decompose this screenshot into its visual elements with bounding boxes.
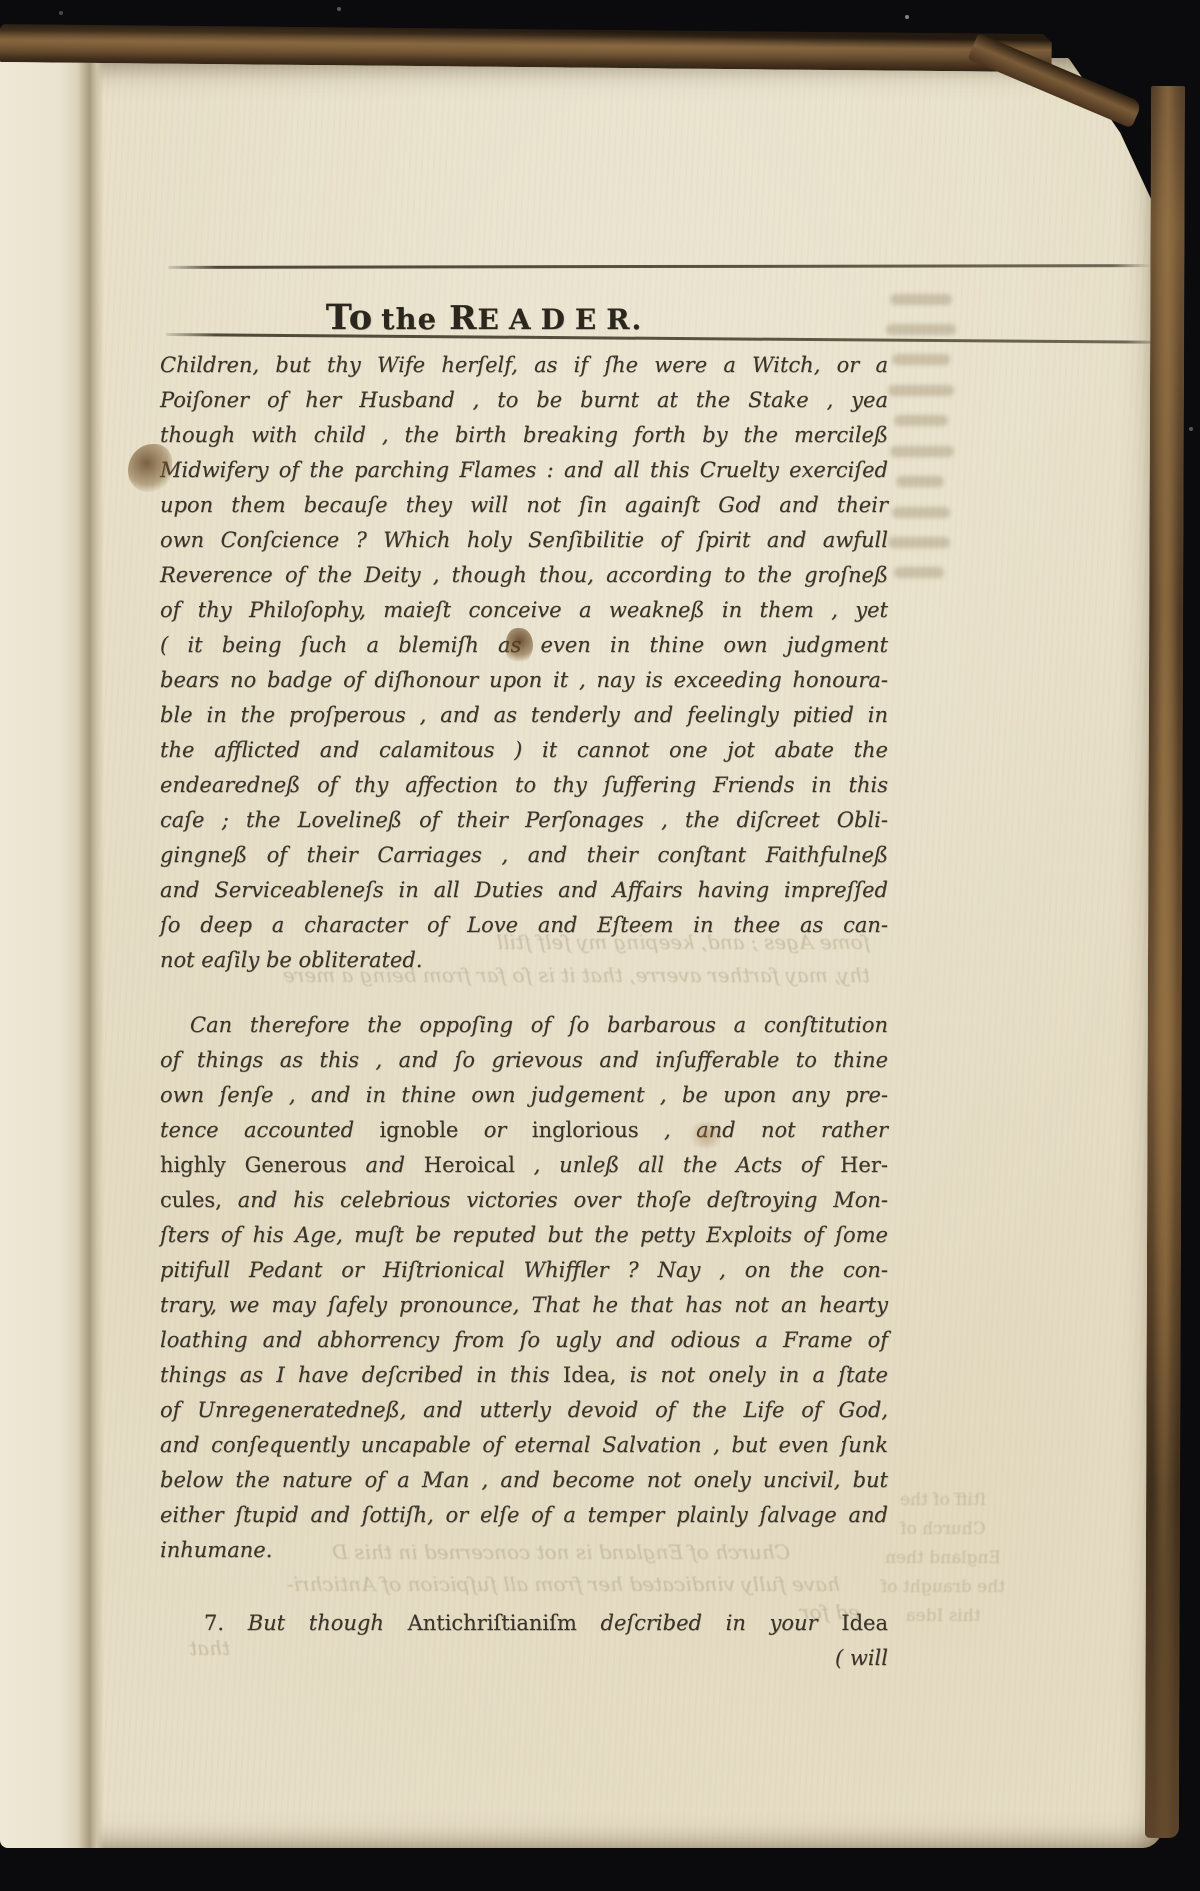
text-line: bears no badge of diſhonour upon it , na… [160,663,888,698]
show-through-smudge [888,385,954,396]
paragraph: Children, but thy Wife herſelf, as if ſh… [160,348,888,978]
italic-text: Children, but thy Wife herſelf, as if ſh… [160,353,888,377]
show-through-margin-note-line: this Idea [868,1602,1018,1631]
body-text: Children, but thy Wife herſelf, as if ſh… [160,348,888,1676]
text-line: Midwifery of the parching Flames : and a… [160,453,888,488]
roman-text: Heroical [424,1153,515,1177]
italic-text: gingneß of their Carriages , and their c… [160,843,888,867]
italic-text: though with child , the birth breaking f… [160,423,888,447]
text-line: trary, we may ſafely pronounce, That he … [160,1288,888,1323]
text-line: of thy Philoſophy, maieſt conceive a wea… [160,593,888,628]
text-line: ble in the proſperous , and as tenderly … [160,698,888,733]
italic-text: tence accounted [160,1118,379,1142]
italic-text: and conſequently uncapable of eternal Sa… [160,1433,888,1457]
text-line: pitifull Pedant or Hiſtrionical Whiffler… [160,1253,888,1288]
italic-text: the afflicted and calamitous ) it cannot… [160,738,888,762]
header-word-to: To [326,297,373,338]
text-line: Can therefore the oppoſing of ſo barbaro… [160,1008,888,1043]
text-line: inhumane. [160,1533,888,1568]
italic-text: below the nature of a Man , and become n… [160,1468,888,1492]
italic-text: loathing and abhorrency from ſo ugly and… [160,1328,888,1352]
scan-background: ſome Ages ; and, keeping my ſelf ſtillth… [0,0,1200,1891]
show-through-smudge [894,567,944,578]
italic-text: deſcribed in your [577,1611,841,1635]
show-through-smudge [890,446,954,457]
show-through-smudge [890,294,952,305]
roman-text: Antichriſtianiſm [408,1611,577,1635]
italic-text: caſe ; the Lovelineß of their Perſonages… [160,808,888,832]
text-line: either ſtupid and ſottiſh, or elſe of a … [160,1498,888,1533]
text-line: endearedneß of thy affection to thy ſuff… [160,768,888,803]
italic-text: , and not rather [639,1118,888,1142]
text-line: Poiſoner of her Husband , to be burnt at… [160,383,888,418]
show-through-smudge [894,415,948,426]
italic-text: Can therefore the oppoſing of ſo barbaro… [190,1013,888,1037]
text-line: and conſequently uncapable of eternal Sa… [160,1428,888,1463]
roman-text: 7. [204,1611,224,1635]
italic-text: not eaſily be obliterated. [160,948,422,972]
text-line: and Serviceableneſs in all Duties and Af… [160,873,888,908]
page-gutter-shadow [0,58,104,1848]
header-rule-top [168,264,1152,269]
italic-text: Reverence of the Deity , though thou, ac… [160,563,888,587]
paragraph: Can therefore the oppoſing of ſo barbaro… [160,1008,888,1568]
page-header: TotheREADER. [124,297,844,338]
italic-text: either ſtupid and ſottiſh, or elſe of a … [160,1503,888,1527]
text-line: ſters of his Age, muſt be reputed but th… [160,1218,888,1253]
text-line: Reverence of the Deity , though thou, ac… [160,558,888,593]
text-line: gingneß of their Carriages , and their c… [160,838,888,873]
show-through-smudge [896,476,944,487]
text-line: of Unregeneratedneß, and utterly devoid … [160,1393,888,1428]
italic-text: own Conſcience ? Which holy Senſibilitie… [160,528,888,552]
book-cover-right-edge [1145,86,1185,1838]
italic-text: of things as this , and ſo grievous and … [160,1048,888,1072]
text-line: tence accounted ignoble or inglorious , … [160,1113,888,1148]
italic-text: of thy Philoſophy, maieſt conceive a wea… [160,598,888,622]
text-line: Children, but thy Wife herſelf, as if ſh… [160,348,888,383]
text-line: own Conſcience ? Which holy Senſibilitie… [160,523,888,558]
text-line: below the nature of a Man , and become n… [160,1463,888,1498]
show-through-smudge [892,507,950,518]
italic-text: Midwifery of the parching Flames : and a… [160,458,888,482]
italic-text: things as I have deſcribed in this [160,1363,563,1387]
catchword: ( will [160,1641,888,1676]
header-period: . [631,303,642,336]
italic-text: ſters of his Age, muſt be reputed but th… [160,1223,888,1247]
paragraph: 7. But though Antichriſtianiſm deſcribed… [160,1606,888,1676]
italic-text: pitifull Pedant or Hiſtrionical Whiffler… [160,1258,888,1282]
roman-text: Idea, [563,1363,616,1387]
header-word-reader-initial: R [449,298,477,337]
dust-specks [0,0,2,2]
text-line: ( it being ſuch a blemiſh as even in thi… [160,628,888,663]
italic-text: trary, we may ſafely pronounce, That he … [160,1293,888,1317]
italic-text: ble in the proſperous , and as tenderly … [160,703,888,727]
text-line: of things as this , and ſo grievous and … [160,1043,888,1078]
show-through-smudge [886,324,956,335]
text-line: caſe ; the Lovelineß of their Perſonages… [160,803,888,838]
show-through-margin-note: ſtiff of theChurch ofEngland thenthe dra… [868,1486,1018,1631]
italic-text: of Unregeneratedneß, and utterly devoid … [160,1398,888,1422]
text-line: 7. But though Antichriſtianiſm deſcribed… [160,1606,888,1641]
show-through-margin-note-line: England then [868,1544,1018,1573]
italic-text: or [458,1118,532,1142]
show-through-smudge [892,354,950,365]
italic-text: ſo deep a character of Love and Eſteem i… [160,913,888,937]
italic-text: is not onely in a ſtate [616,1363,888,1387]
italic-text: and [347,1153,424,1177]
roman-text: inglorious [532,1118,639,1142]
text-line: cules, and his celebrious victories over… [160,1183,888,1218]
italic-text: endearedneß of thy affection to thy ſuff… [160,773,888,797]
italic-text: and his celebrious victories over thoſe … [222,1188,888,1212]
text-line: though with child , the birth breaking f… [160,418,888,453]
text-line: loathing and abhorrency from ſo ugly and… [160,1323,888,1358]
italic-text: ( it being ſuch a blemiſh as even in thi… [160,633,888,657]
roman-text: ignoble [379,1118,458,1142]
text-line: not eaſily be obliterated. [160,943,888,978]
italic-text: upon them becauſe they will not ſin agai… [160,493,888,517]
italic-text: But though [224,1611,408,1635]
italic-text: and Serviceableneſs in all Duties and Af… [160,878,888,902]
italic-text: Poiſoner of her Husband , to be burnt at… [160,388,888,412]
show-through-margin-note-line: Church of [868,1515,1018,1544]
roman-text: highly Generous [160,1153,347,1177]
italic-text: , unleß all the Acts of [515,1153,840,1177]
book-page: ſome Ages ; and, keeping my ſelf ſtillth… [0,58,1162,1848]
text-line: own ſenſe , and in thine own judgement ,… [160,1078,888,1113]
roman-text: cules, [160,1188,222,1212]
text-line: highly Generous and Heroical , unleß all… [160,1148,888,1183]
italic-text: ( will [835,1646,888,1670]
text-line: ſo deep a character of Love and Eſteem i… [160,908,888,943]
italic-text: inhumane. [160,1538,272,1562]
roman-text: Idea [841,1611,888,1635]
text-line: things as I have deſcribed in this Idea,… [160,1358,888,1393]
header-word-reader: EADER [478,303,640,336]
text-line: the afflicted and calamitous ) it cannot… [160,733,888,768]
italic-text: bears no badge of diſhonour upon it , na… [160,668,888,692]
italic-text: own ſenſe , and in thine own judgement ,… [160,1083,888,1107]
show-through-smudge [888,537,950,548]
show-through-margin-note-line: ſtiff of the [868,1486,1018,1515]
text-line: upon them becauſe they will not ſin agai… [160,488,888,523]
roman-text: Her- [840,1153,888,1177]
header-word-the: the [381,302,437,336]
show-through-margin-note-line: the draught of [868,1573,1018,1602]
